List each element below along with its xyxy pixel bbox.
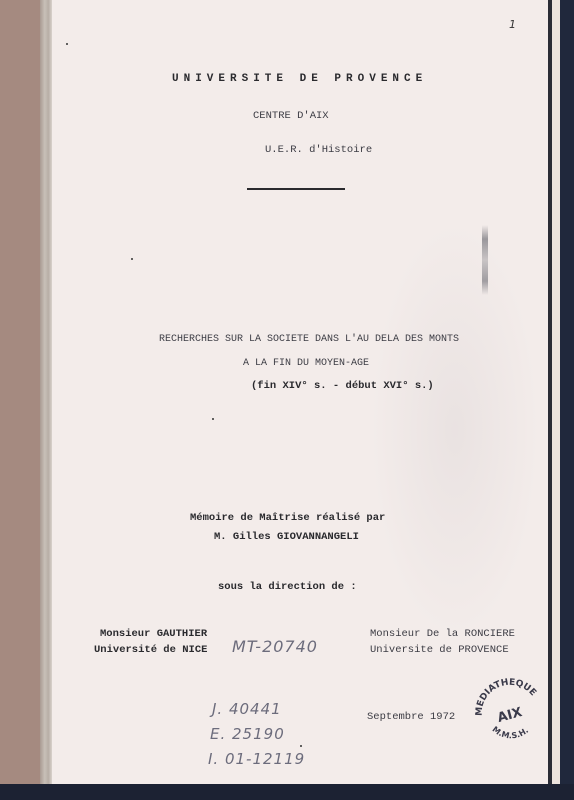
library-stamp: MEDIATHEQUE AIX M.M.S.H. bbox=[470, 672, 550, 752]
binding-cover bbox=[0, 0, 40, 784]
divider-rule bbox=[247, 188, 345, 190]
page-number: 1 bbox=[509, 18, 516, 31]
title-line-1: RECHERCHES SUR LA SOCIETE DANS L'AU DELA… bbox=[159, 334, 459, 345]
memoire-line: Mémoire de Maîtrise réalisé par bbox=[190, 512, 385, 524]
direction-label: sous la direction de : bbox=[218, 581, 357, 593]
supervisor-2-university: Universite de PROVENCE bbox=[370, 644, 509, 656]
scan-background-bottom bbox=[0, 784, 574, 800]
title-line-2: A LA FIN DU MOYEN-AGE bbox=[243, 358, 369, 369]
institution-heading: UNIVERSITE DE PROVENCE bbox=[172, 73, 427, 85]
page-edge-strip bbox=[552, 0, 560, 784]
binding-edge bbox=[40, 0, 52, 784]
supervisor-2-name: Monsieur De la RONCIERE bbox=[370, 628, 515, 640]
photocopy-smudge bbox=[482, 225, 488, 295]
handwritten-ref-i: I. 01-12119 bbox=[208, 750, 305, 768]
centre-label: CENTRE D'AIX bbox=[253, 110, 329, 122]
supervisor-1-university: Université de NICE bbox=[94, 644, 207, 656]
author-name: M. Gilles GIOVANNANGELI bbox=[214, 531, 359, 543]
stamp-center-text: AIX bbox=[496, 705, 524, 726]
photocopy-noise bbox=[370, 220, 540, 640]
date: Septembre 1972 bbox=[367, 711, 455, 723]
stamp-bottom-text: M.M.S.H. bbox=[490, 725, 530, 741]
handwritten-ref-e: E. 25190 bbox=[210, 725, 285, 743]
scan-background-right bbox=[560, 0, 574, 800]
svg-text:M.M.S.H.: M.M.S.H. bbox=[490, 725, 530, 741]
handwritten-ref-j: J. 40441 bbox=[212, 700, 282, 718]
supervisor-1-name: Monsieur GAUTHIER bbox=[100, 628, 207, 640]
title-line-3: (fin XIV° s. - début XVI° s.) bbox=[251, 380, 434, 392]
handwritten-call-number: MT-20740 bbox=[232, 637, 318, 656]
department-label: U.E.R. d'Histoire bbox=[265, 144, 372, 156]
